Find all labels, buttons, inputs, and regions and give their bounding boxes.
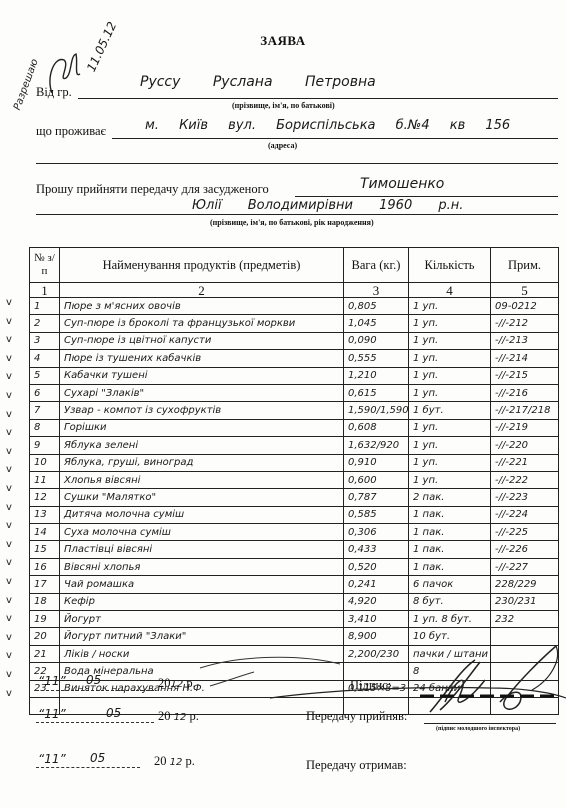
from-caption: (прізвище, ім'я, по батькові) bbox=[232, 101, 335, 110]
row-number: 6 bbox=[30, 384, 60, 401]
check-mark: v bbox=[6, 409, 12, 420]
row-note: -//-226 bbox=[491, 541, 559, 558]
check-mark: v bbox=[6, 334, 12, 345]
row-item-name: Сушки "Малятко" bbox=[60, 489, 344, 506]
row-number: 18 bbox=[30, 593, 60, 610]
header-name: Найменування продуктів (предметів) bbox=[60, 248, 344, 283]
table-row: 4Пюре із тушених кабачків0,5551 уп.-//-2… bbox=[30, 350, 559, 367]
check-mark: v bbox=[6, 297, 12, 308]
table-row: 7Узвар - компот із сухофруктів1,590/1,59… bbox=[30, 402, 559, 419]
row-note: 230/231 bbox=[491, 593, 559, 610]
table-header-row: № з/п Найменування продуктів (предметів)… bbox=[30, 248, 559, 283]
row-note: -//-217/218 bbox=[491, 402, 559, 419]
row-number: 12 bbox=[30, 489, 60, 506]
row-weight: 0,306 bbox=[344, 524, 409, 541]
row-note: 232 bbox=[491, 611, 559, 628]
row-item-name: Кефір bbox=[60, 593, 344, 610]
from-value: Руссу Руслана Петровна bbox=[140, 74, 376, 90]
row-note: -//-215 bbox=[491, 367, 559, 384]
column-number-5: 5 bbox=[491, 283, 559, 298]
document-title: ЗАЯВА bbox=[0, 33, 566, 49]
scribble-mark bbox=[180, 650, 380, 690]
check-mark: v bbox=[6, 464, 12, 475]
column-number-4: 4 bbox=[409, 283, 491, 298]
row-quantity: 1 уп. 8 бут. bbox=[409, 611, 491, 628]
row-item-name: Йогурт bbox=[60, 611, 344, 628]
row-note: 09-0212 bbox=[491, 298, 559, 315]
row-quantity: 6 пачок bbox=[409, 576, 491, 593]
table-row: 10Яблука, груші, виноград0,9101 уп.-//-2… bbox=[30, 454, 559, 471]
table-row: 14Суха молочна суміш0,3061 пак.-//-225 bbox=[30, 524, 559, 541]
row-number: 20 bbox=[30, 628, 60, 645]
table-row: 13Дитяча молочна суміш0,5851 пак.-//-224 bbox=[30, 506, 559, 523]
request-value-line2: Юлії Володимирівни 1960 р.н. bbox=[192, 198, 463, 213]
row-item-name: Кабачки тушені bbox=[60, 367, 344, 384]
row-number: 2 bbox=[30, 315, 60, 332]
row-weight: 1,210 bbox=[344, 367, 409, 384]
row-number: 1 bbox=[30, 298, 60, 315]
row-quantity: 2 пак. bbox=[409, 489, 491, 506]
check-mark: v bbox=[6, 427, 12, 438]
row-weight: 4,920 bbox=[344, 593, 409, 610]
row-weight: 1,632/920 bbox=[344, 437, 409, 454]
row-weight: 1,045 bbox=[344, 315, 409, 332]
table-row: 2Суп-пюре із броколі та французької морк… bbox=[30, 315, 559, 332]
check-mark: v bbox=[6, 390, 12, 401]
table-row: 9Яблука зелені1,632/9201 уп.-//-220 bbox=[30, 437, 559, 454]
request-line-1 bbox=[295, 196, 558, 197]
table-row: 12Сушки "Малятко"0,7872 пак.-//-223 bbox=[30, 489, 559, 506]
date-1-month: 05 bbox=[86, 673, 101, 687]
check-mark: v bbox=[6, 613, 12, 624]
date-2-year-value: 12 bbox=[174, 712, 187, 723]
table-row: 17Чай ромашка0,2416 пачок228/229 bbox=[30, 576, 559, 593]
row-weight: 0,585 bbox=[344, 506, 409, 523]
check-mark: v bbox=[6, 669, 12, 680]
row-note: -//-214 bbox=[491, 350, 559, 367]
row-number: 9 bbox=[30, 437, 60, 454]
row-item-name: Пластівці вівсяні bbox=[60, 541, 344, 558]
row-number: 14 bbox=[30, 524, 60, 541]
row-weight: 0,615 bbox=[344, 384, 409, 401]
check-mark: v bbox=[6, 595, 12, 606]
row-note: -//-213 bbox=[491, 332, 559, 349]
date-1-year-prefix: 20 bbox=[158, 676, 171, 690]
row-weight: 3,410 bbox=[344, 611, 409, 628]
check-mark: v bbox=[6, 502, 12, 513]
row-note: -//-225 bbox=[491, 524, 559, 541]
date-1: “11” bbox=[38, 674, 66, 688]
row-item-name: Пюре з м'ясних овочів bbox=[60, 298, 344, 315]
date-3-line bbox=[36, 767, 140, 768]
check-mark: v bbox=[6, 353, 12, 364]
row-quantity: 1 уп. bbox=[409, 471, 491, 488]
row-weight: 0,600 bbox=[344, 471, 409, 488]
row-quantity: 1 бут. bbox=[409, 402, 491, 419]
address-line-2 bbox=[36, 163, 558, 164]
date-3-month: 05 bbox=[90, 751, 105, 765]
row-note: -//-227 bbox=[491, 558, 559, 575]
row-number: 11 bbox=[30, 471, 60, 488]
header-quantity: Кількість bbox=[409, 248, 491, 283]
check-mark: v bbox=[6, 632, 12, 643]
row-number: 3 bbox=[30, 332, 60, 349]
row-number: 10 bbox=[30, 454, 60, 471]
row-number: 16 bbox=[30, 558, 60, 575]
from-label: Від гр. bbox=[36, 85, 72, 100]
column-number-2: 2 bbox=[60, 283, 344, 298]
row-item-name: Суп-пюре із броколі та французької моркв… bbox=[60, 315, 344, 332]
header-note: Прим. bbox=[491, 248, 559, 283]
row-quantity: 1 пак. bbox=[409, 558, 491, 575]
row-item-name: Чай ромашка bbox=[60, 576, 344, 593]
date-3-year: 20 12 р. bbox=[154, 754, 195, 769]
row-quantity: 8 бут. bbox=[409, 593, 491, 610]
row-item-name: Дитяча молочна суміш bbox=[60, 506, 344, 523]
date-2-year-prefix: 20 bbox=[158, 709, 171, 723]
check-mark: v bbox=[6, 688, 12, 699]
check-mark: v bbox=[6, 520, 12, 531]
row-quantity: 1 уп. bbox=[409, 419, 491, 436]
row-quantity: 1 уп. bbox=[409, 298, 491, 315]
row-note: -//-221 bbox=[491, 454, 559, 471]
column-number-1: 1 bbox=[30, 283, 60, 298]
address-label: що проживає bbox=[36, 124, 106, 139]
column-number-3: 3 bbox=[344, 283, 409, 298]
row-weight: 0,555 bbox=[344, 350, 409, 367]
row-note: -//-223 bbox=[491, 489, 559, 506]
row-quantity: 1 пак. bbox=[409, 541, 491, 558]
check-mark: v bbox=[6, 483, 12, 494]
address-caption: (адреса) bbox=[268, 141, 297, 150]
row-quantity: 1 пак. bbox=[409, 524, 491, 541]
table-row: 1Пюре з м'ясних овочів0,8051 уп.09-0212 bbox=[30, 298, 559, 315]
row-item-name: Суп-пюре із цвітної капусти bbox=[60, 332, 344, 349]
date-2-suffix: р. bbox=[189, 709, 198, 723]
row-weight: 0,787 bbox=[344, 489, 409, 506]
row-item-name: Вівсяні хлопья bbox=[60, 558, 344, 575]
check-mark: v bbox=[6, 539, 12, 550]
check-mark: v bbox=[6, 650, 12, 661]
table-row: 6Сухарі "Злаків"0,6151 уп.-//-216 bbox=[30, 384, 559, 401]
date-2-year: 20 12 р. bbox=[158, 709, 199, 724]
header-number: № з/п bbox=[30, 248, 60, 283]
received-label: Передачу отримав: bbox=[306, 758, 407, 773]
request-label: Прошу прийняти передачу для засудженого bbox=[36, 182, 269, 197]
row-number: 19 bbox=[30, 611, 60, 628]
row-item-name: Яблука зелені bbox=[60, 437, 344, 454]
check-mark: v bbox=[6, 371, 12, 382]
row-item-name: Суха молочна суміш bbox=[60, 524, 344, 541]
row-note: -//-216 bbox=[491, 384, 559, 401]
table-row: 15Пластівці вівсяні0,4331 пак.-//-226 bbox=[30, 541, 559, 558]
row-item-name: Узвар - компот із сухофруктів bbox=[60, 402, 344, 419]
from-line bbox=[78, 98, 558, 99]
table-row: 19Йогурт3,4101 уп. 8 бут.232 bbox=[30, 611, 559, 628]
row-item-name: Хлопья вівсяні bbox=[60, 471, 344, 488]
row-quantity: 1 уп. bbox=[409, 437, 491, 454]
row-note: -//-212 bbox=[491, 315, 559, 332]
row-note: -//-222 bbox=[491, 471, 559, 488]
row-weight: 0,241 bbox=[344, 576, 409, 593]
table-row: 16Вівсяні хлопья0,5201 пак.-//-227 bbox=[30, 558, 559, 575]
address-value: м. Київ вул. Бориспільська б.№4 кв 156 bbox=[145, 118, 510, 133]
table-row: 18Кефір4,9208 бут.230/231 bbox=[30, 593, 559, 610]
date-2: “11” bbox=[38, 707, 66, 721]
row-number: 13 bbox=[30, 506, 60, 523]
date-1-day: 11 bbox=[44, 674, 59, 688]
table-row: 5Кабачки тушені1,2101 уп.-//-215 bbox=[30, 367, 559, 384]
request-value-line1: Тимошенко bbox=[360, 176, 444, 192]
request-line-2 bbox=[36, 214, 558, 215]
check-mark: v bbox=[6, 316, 12, 327]
check-mark: v bbox=[6, 557, 12, 568]
row-quantity: 1 уп. bbox=[409, 315, 491, 332]
row-note: -//-219 bbox=[491, 419, 559, 436]
row-quantity: 1 уп. bbox=[409, 332, 491, 349]
header-weight: Вага (кг.) bbox=[344, 248, 409, 283]
row-item-name: Горішки bbox=[60, 419, 344, 436]
row-quantity: 1 пак. bbox=[409, 506, 491, 523]
date-3-suffix: р. bbox=[185, 754, 194, 768]
row-number: 7 bbox=[30, 402, 60, 419]
row-number: 15 bbox=[30, 541, 60, 558]
row-number: 21 bbox=[30, 645, 60, 662]
date-2-day: 11 bbox=[44, 707, 59, 721]
row-weight: 0,520 bbox=[344, 558, 409, 575]
row-weight: 1,590/1,590 bbox=[344, 402, 409, 419]
date-3-day: 11 bbox=[44, 752, 59, 766]
date-3-year-value: 12 bbox=[170, 757, 183, 768]
row-weight: 0,805 bbox=[344, 298, 409, 315]
date-2-line bbox=[36, 722, 154, 723]
row-number: 5 bbox=[30, 367, 60, 384]
row-item-name: Сухарі "Злаків" bbox=[60, 384, 344, 401]
row-number: 4 bbox=[30, 350, 60, 367]
row-note: -//-224 bbox=[491, 506, 559, 523]
table-row: 3Суп-пюре із цвітної капусти0,0901 уп.-/… bbox=[30, 332, 559, 349]
row-weight: 0,090 bbox=[344, 332, 409, 349]
row-item-name: Яблука, груші, виноград bbox=[60, 454, 344, 471]
date-1-line bbox=[36, 690, 154, 691]
row-item-name: Пюре із тушених кабачків bbox=[60, 350, 344, 367]
row-quantity: 1 уп. bbox=[409, 350, 491, 367]
table-row: 8Горішки0,6081 уп.-//-219 bbox=[30, 419, 559, 436]
check-mark: v bbox=[6, 446, 12, 457]
row-quantity: 1 уп. bbox=[409, 367, 491, 384]
table-column-numbers-row: 1 2 3 4 5 bbox=[30, 283, 559, 298]
date-3-year-prefix: 20 bbox=[154, 754, 167, 768]
date-3: “11” bbox=[38, 752, 66, 766]
row-number: 17 bbox=[30, 576, 60, 593]
row-weight: 0,910 bbox=[344, 454, 409, 471]
row-quantity: 1 уп. bbox=[409, 454, 491, 471]
address-line-1 bbox=[112, 138, 558, 139]
row-number: 8 bbox=[30, 419, 60, 436]
date-2-month: 05 bbox=[106, 706, 121, 720]
request-caption: (прізвище, ім'я, по батькові, рік народж… bbox=[210, 218, 374, 227]
row-weight: 0,433 bbox=[344, 541, 409, 558]
row-quantity: 1 уп. bbox=[409, 384, 491, 401]
row-note: -//-220 bbox=[491, 437, 559, 454]
row-weight: 0,608 bbox=[344, 419, 409, 436]
row-note: 228/229 bbox=[491, 576, 559, 593]
table-row: 11Хлопья вівсяні0,6001 уп.-//-222 bbox=[30, 471, 559, 488]
check-mark: v bbox=[6, 576, 12, 587]
